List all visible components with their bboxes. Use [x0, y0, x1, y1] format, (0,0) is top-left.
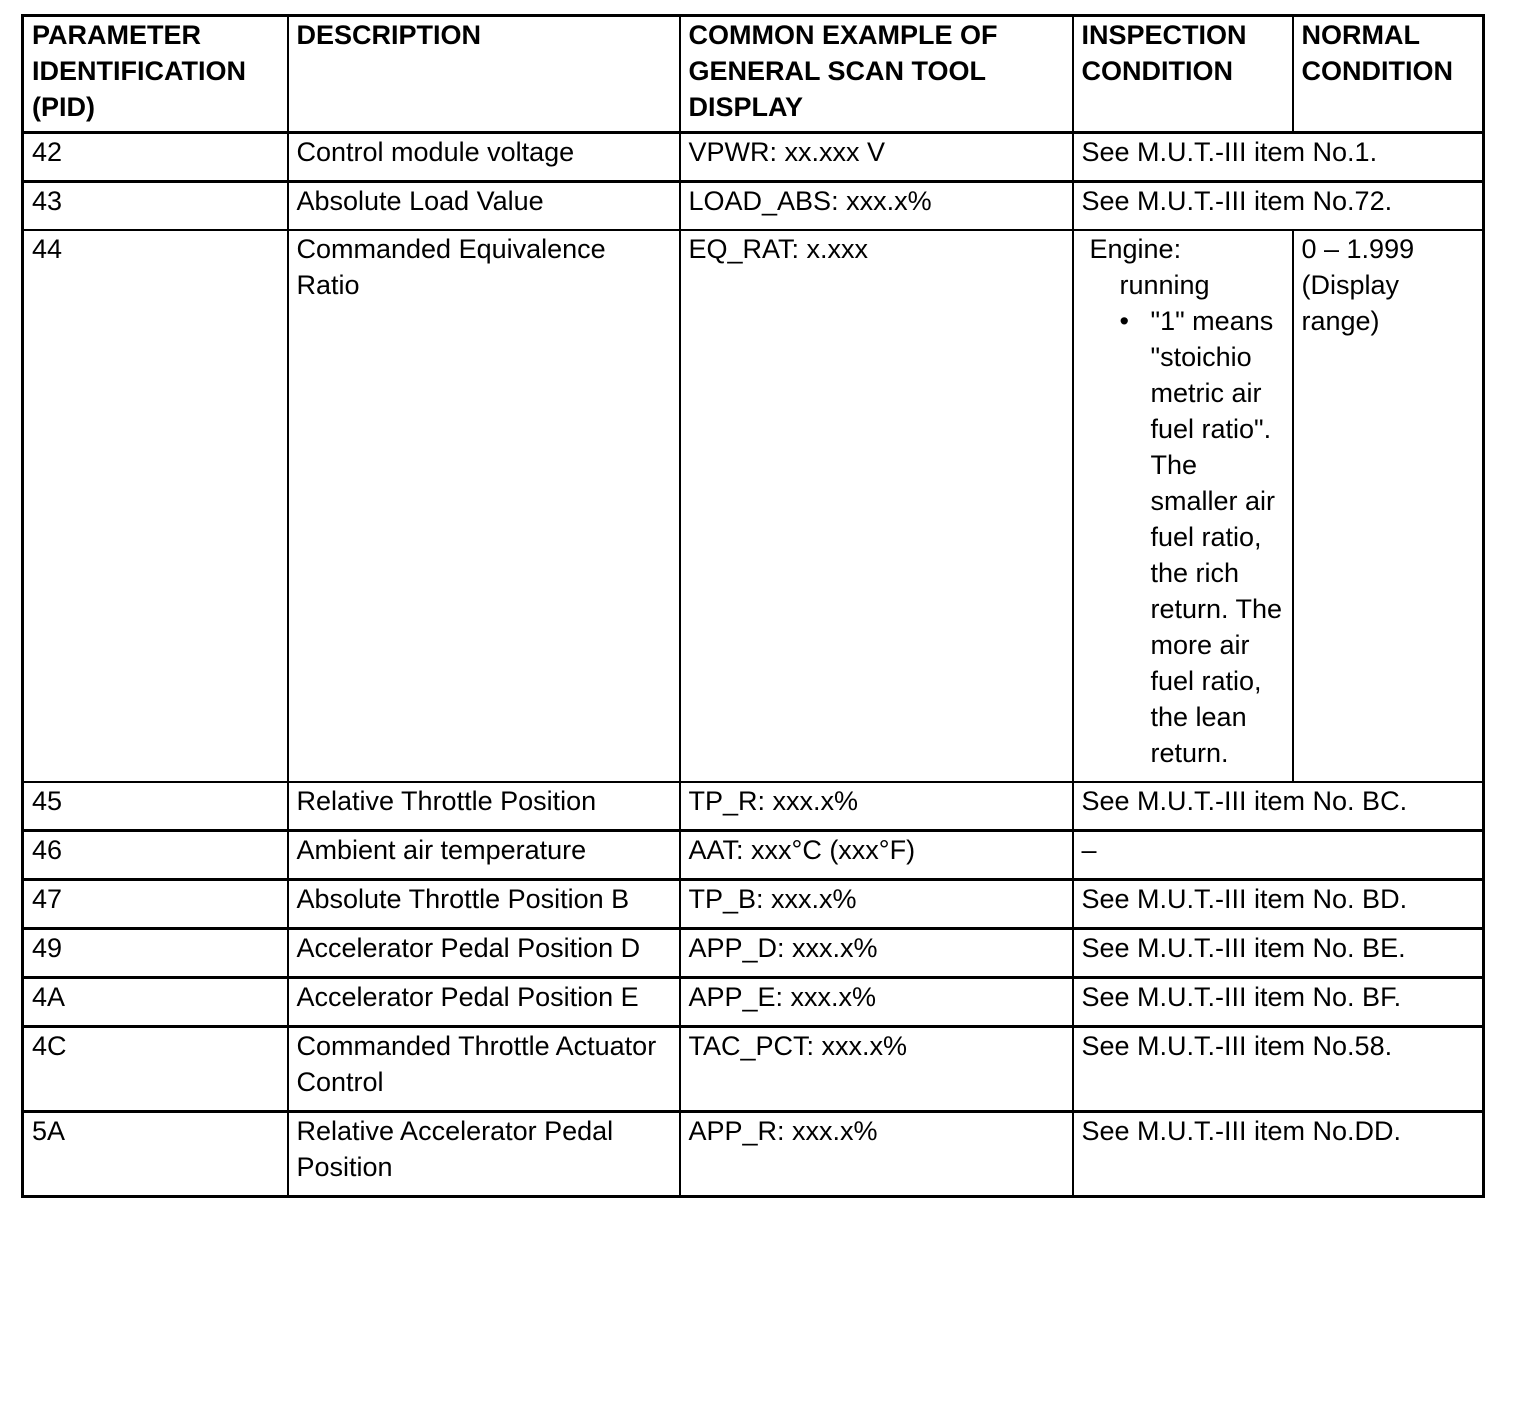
table-row: 44 Commanded Equivalence Ratio EQ_RAT: x… [23, 230, 1484, 782]
pid-cell: 4C [23, 1027, 288, 1112]
header-pid: PARAMETER IDENTIFICATION (PID) [23, 16, 288, 133]
condition-cell: See M.U.T.-III item No.58. [1073, 1027, 1484, 1112]
pid-cell: 49 [23, 929, 288, 978]
pid-cell: 45 [23, 782, 288, 831]
table-row: 49 Accelerator Pedal Position D APP_D: x… [23, 929, 1484, 978]
inspection-bullet: • "1" means "stoichio metric air fuel ra… [1082, 303, 1284, 771]
description-cell: Accelerator Pedal Position E [288, 978, 680, 1027]
table-row: 46 Ambient air temperature AAT: xxx°C (x… [23, 831, 1484, 880]
table-row: 45 Relative Throttle Position TP_R: xxx.… [23, 782, 1484, 831]
header-row: PARAMETER IDENTIFICATION (PID) DESCRIPTI… [23, 16, 1484, 133]
pid-table: PARAMETER IDENTIFICATION (PID) DESCRIPTI… [21, 14, 1485, 1198]
display-cell: TP_R: xxx.x% [680, 782, 1073, 831]
pid-cell: 44 [23, 230, 288, 782]
pid-cell: 4A [23, 978, 288, 1027]
condition-cell: See M.U.T.-III item No.DD. [1073, 1112, 1484, 1197]
header-normal-condition: NORMAL CONDITION [1293, 16, 1484, 133]
condition-cell: – [1073, 831, 1484, 880]
description-cell: Commanded Throttle Actuator Control [288, 1027, 680, 1112]
table-row: 5A Relative Accelerator Pedal Position A… [23, 1112, 1484, 1197]
pid-cell: 47 [23, 880, 288, 929]
inspection-line-running: running [1082, 267, 1284, 303]
description-cell: Absolute Load Value [288, 182, 680, 231]
table-row: 4C Commanded Throttle Actuator Control T… [23, 1027, 1484, 1112]
bullet-text: "1" means "stoichio metric air fuel rati… [1151, 303, 1284, 771]
header-display: COMMON EXAMPLE OF GENERAL SCAN TOOL DISP… [680, 16, 1073, 133]
display-cell: TP_B: xxx.x% [680, 880, 1073, 929]
display-cell: AAT: xxx°C (xxx°F) [680, 831, 1073, 880]
pid-cell: 42 [23, 133, 288, 182]
pid-cell: 43 [23, 182, 288, 231]
description-cell: Accelerator Pedal Position D [288, 929, 680, 978]
table-row: 43 Absolute Load Value LOAD_ABS: xxx.x% … [23, 182, 1484, 231]
header-inspection-condition: INSPECTION CONDITION [1073, 16, 1293, 133]
description-cell: Control module voltage [288, 133, 680, 182]
table-row: 4A Accelerator Pedal Position E APP_E: x… [23, 978, 1484, 1027]
condition-cell: See M.U.T.-III item No.72. [1073, 182, 1484, 231]
display-cell: VPWR: xx.xxx V [680, 133, 1073, 182]
condition-cell: See M.U.T.-III item No.1. [1073, 133, 1484, 182]
description-cell: Relative Throttle Position [288, 782, 680, 831]
pid-cell: 46 [23, 831, 288, 880]
header-description: DESCRIPTION [288, 16, 680, 133]
normal-condition-cell: 0 – 1.999 (Display range) [1293, 230, 1484, 782]
display-cell: TAC_PCT: xxx.x% [680, 1027, 1073, 1112]
description-cell: Commanded Equivalence Ratio [288, 230, 680, 782]
display-cell: LOAD_ABS: xxx.x% [680, 182, 1073, 231]
display-cell: APP_R: xxx.x% [680, 1112, 1073, 1197]
pid-cell: 5A [23, 1112, 288, 1197]
condition-cell: See M.U.T.-III item No. BF. [1073, 978, 1484, 1027]
inspection-condition-cell: Engine: running • "1" means "stoichio me… [1073, 230, 1293, 782]
description-cell: Ambient air temperature [288, 831, 680, 880]
display-cell: APP_D: xxx.x% [680, 929, 1073, 978]
table-row: 47 Absolute Throttle Position B TP_B: xx… [23, 880, 1484, 929]
inspection-line-engine: Engine: [1082, 231, 1284, 267]
description-cell: Relative Accelerator Pedal Position [288, 1112, 680, 1197]
condition-cell: See M.U.T.-III item No. BD. [1073, 880, 1484, 929]
table-row: 42 Control module voltage VPWR: xx.xxx V… [23, 133, 1484, 182]
condition-cell: See M.U.T.-III item No. BC. [1073, 782, 1484, 831]
condition-cell: See M.U.T.-III item No. BE. [1073, 929, 1484, 978]
description-cell: Absolute Throttle Position B [288, 880, 680, 929]
display-cell: APP_E: xxx.x% [680, 978, 1073, 1027]
display-cell: EQ_RAT: x.xxx [680, 230, 1073, 782]
bullet-icon: • [1120, 303, 1151, 771]
